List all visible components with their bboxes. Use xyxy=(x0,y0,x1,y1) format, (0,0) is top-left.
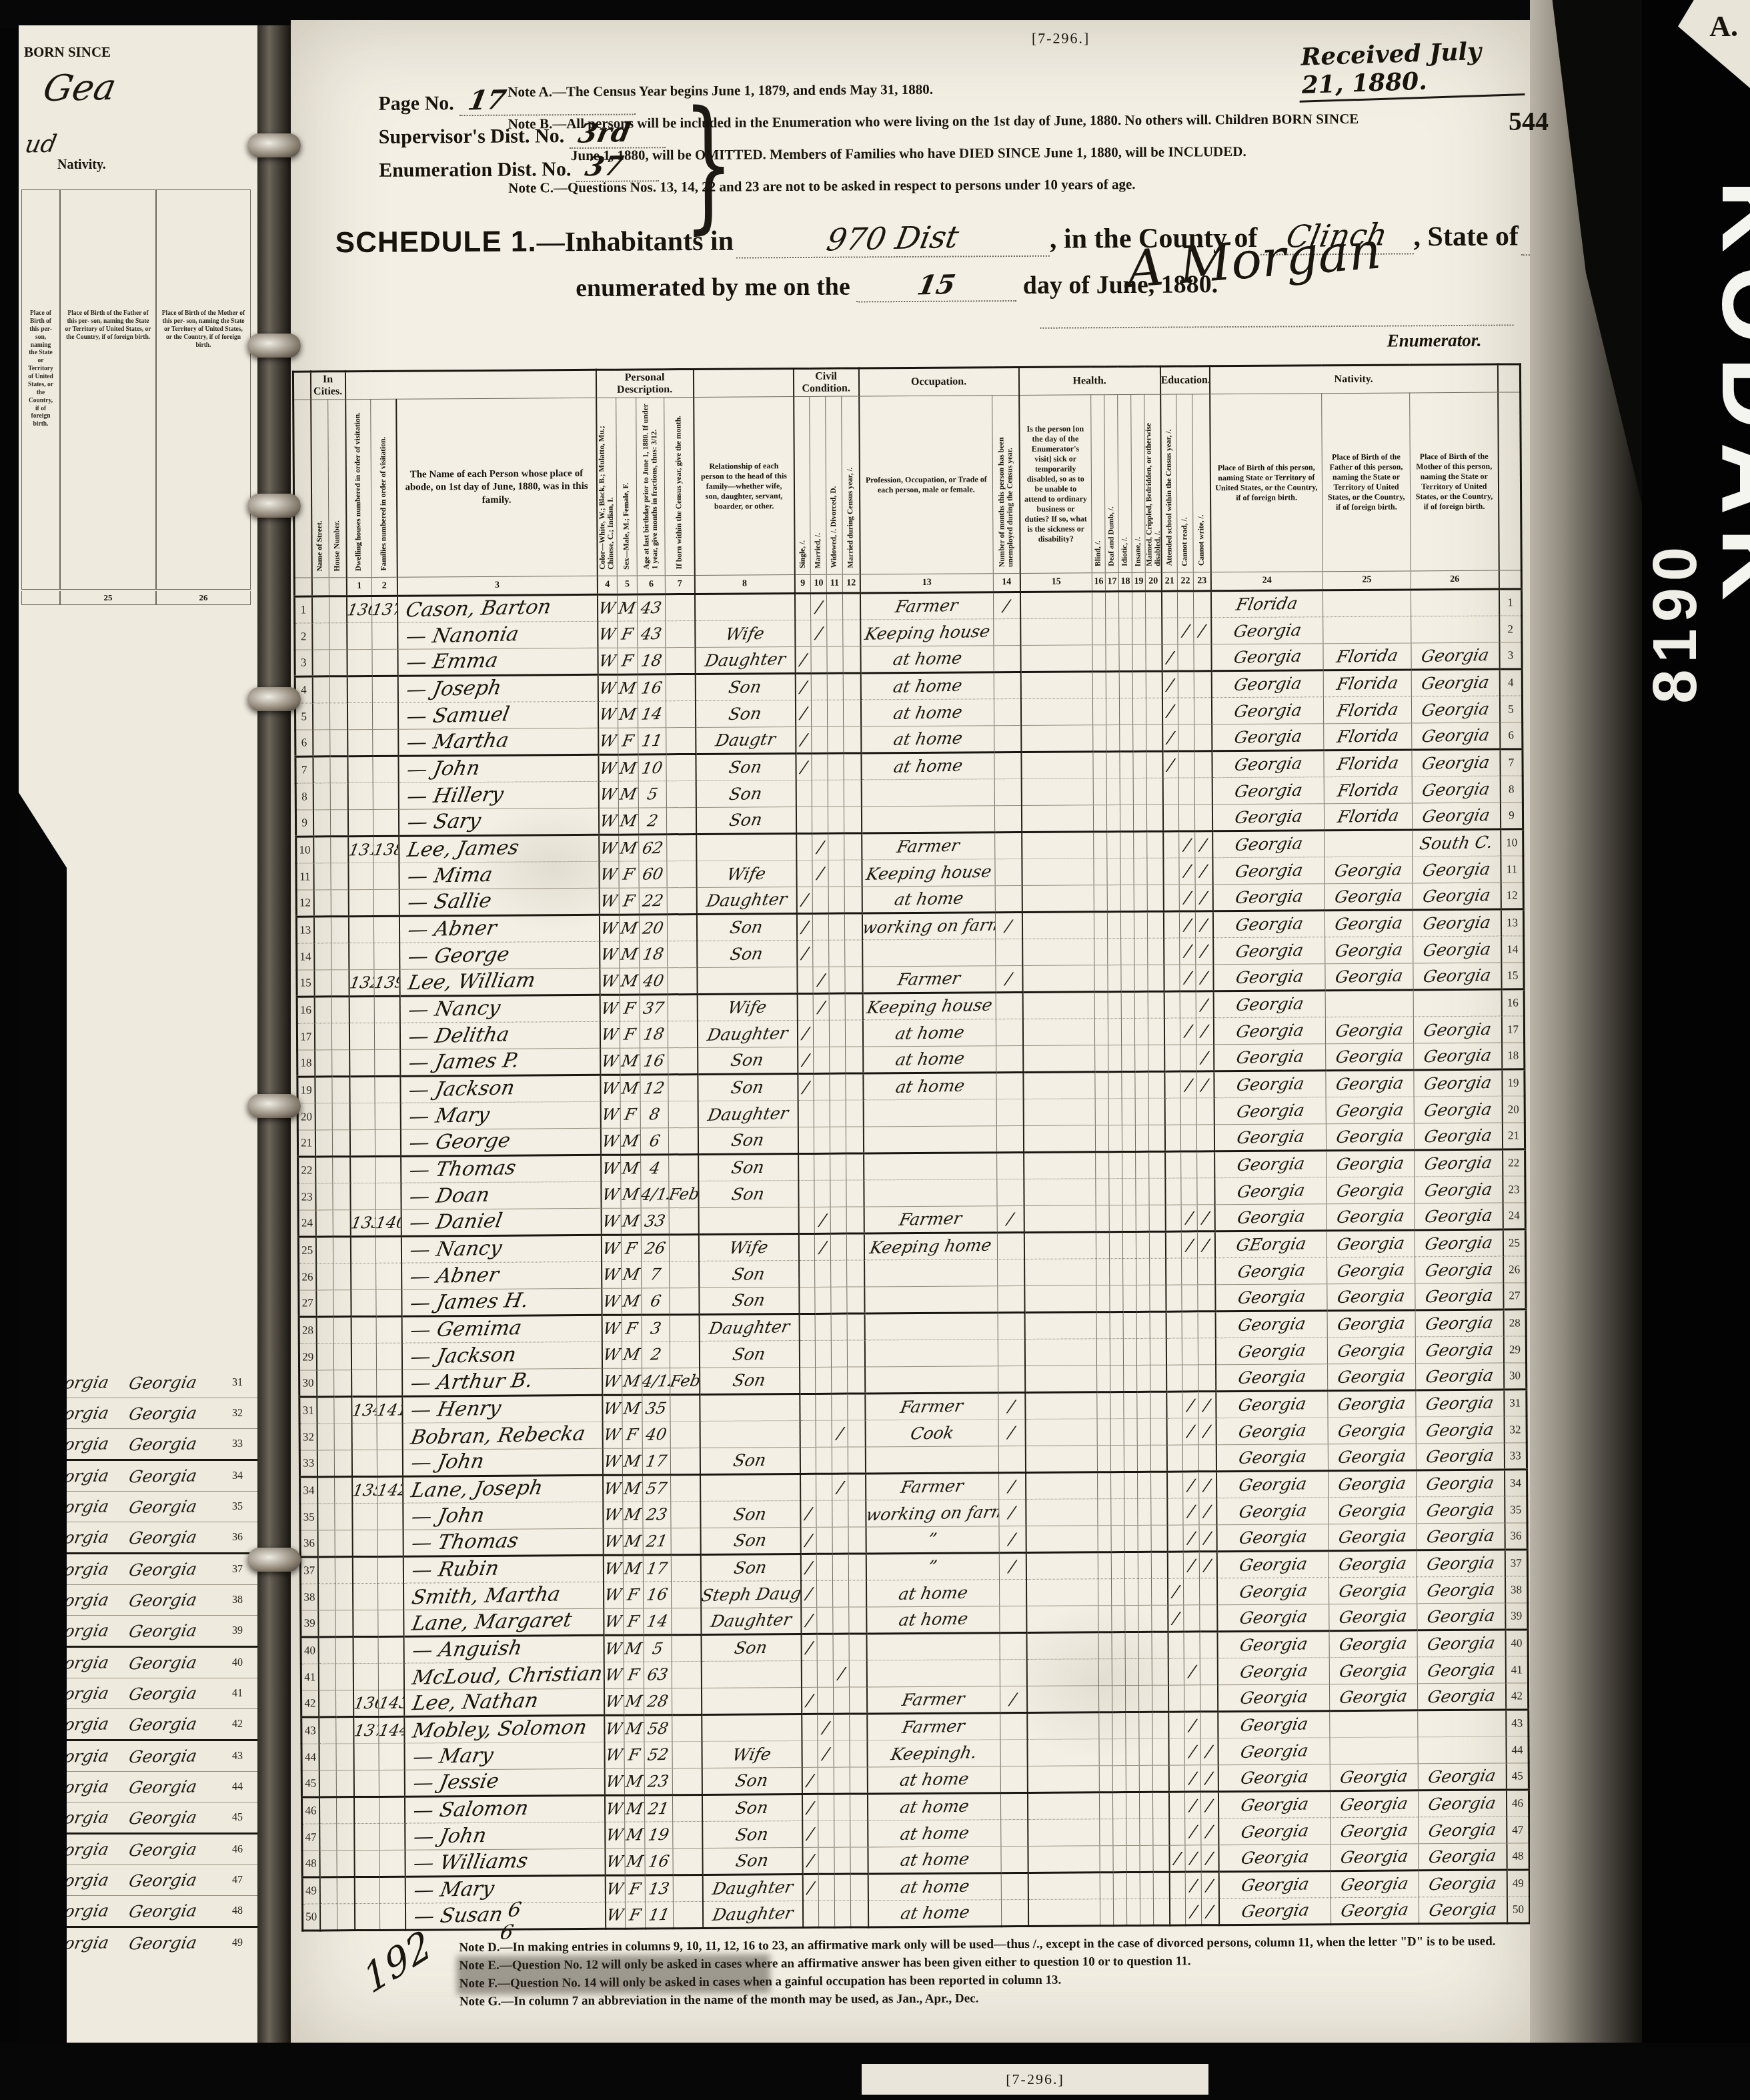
cell-house xyxy=(331,1023,349,1050)
cell-street xyxy=(315,1077,332,1103)
column-number-26: 26 xyxy=(1411,570,1499,590)
handwriting: Farmer xyxy=(901,1718,966,1736)
cell-street xyxy=(319,1824,337,1851)
cell-c: W xyxy=(598,621,618,648)
cell-mb: Georgia xyxy=(1413,803,1501,830)
cell-a: 17 xyxy=(643,1555,671,1582)
cell-b: Georgia xyxy=(1211,670,1323,698)
cell-a: 43 xyxy=(638,594,666,621)
cell-fam: 143 xyxy=(379,1690,404,1716)
row-number: 22 xyxy=(298,1157,315,1183)
cell-u xyxy=(998,1339,1024,1366)
cell-occ: at home xyxy=(861,726,994,753)
cell-name: — Anguish xyxy=(403,1635,604,1663)
column-number-19: 19 xyxy=(1132,572,1145,591)
handwriting: / xyxy=(1184,969,1192,985)
cell-s: / xyxy=(802,1847,818,1874)
cell-b20 xyxy=(1151,1525,1167,1552)
cell-y xyxy=(846,1127,863,1153)
cell-sc xyxy=(1162,618,1178,644)
handwriting: / xyxy=(1189,1850,1198,1866)
cell-mb: Georgia xyxy=(1415,1149,1503,1177)
handwriting: / xyxy=(1204,1557,1212,1573)
cell-b17 xyxy=(1110,1339,1123,1366)
cell-w xyxy=(830,1180,846,1207)
cell-sk xyxy=(1020,645,1092,672)
cell-rel: Son xyxy=(696,807,796,835)
column-number-house xyxy=(329,578,346,596)
cell-b18 xyxy=(1122,1045,1135,1071)
previous-page-row: GeorgiaGeorgia34 xyxy=(41,1459,257,1491)
cell-name: — Salomon xyxy=(404,1795,604,1823)
cell-b17 xyxy=(1112,1659,1125,1686)
cell-c: W xyxy=(600,941,620,968)
cell-b19 xyxy=(1132,671,1146,698)
cell-a: 12 xyxy=(640,1075,668,1101)
cell-street xyxy=(316,1317,333,1344)
column-number-5: 5 xyxy=(617,576,637,594)
cell-b20 xyxy=(1146,724,1162,751)
cell-sk xyxy=(1024,1205,1096,1233)
cell-mo xyxy=(672,1581,701,1608)
cell-house xyxy=(334,1450,351,1477)
row-number: 15 xyxy=(297,970,314,997)
cell-a: 26 xyxy=(641,1235,669,1261)
cell-b19 xyxy=(1135,1045,1148,1071)
handwriting: Florida xyxy=(1336,700,1400,718)
handwriting: 52 xyxy=(647,1746,670,1763)
cell-fb: Georgia xyxy=(1328,1417,1416,1444)
handwriting: Georgia xyxy=(1421,807,1492,825)
cell-sk xyxy=(1024,1232,1096,1259)
cell-fb: Georgia xyxy=(1327,1203,1415,1231)
cell-dw xyxy=(347,676,372,702)
cell-rel: Son xyxy=(699,1261,799,1288)
cell-b: Georgia xyxy=(1212,804,1325,831)
column-group-Nativity.: Nativity. xyxy=(1210,364,1498,394)
handwriting: M xyxy=(618,706,638,722)
cell-b18 xyxy=(1123,1258,1136,1285)
cell-sk xyxy=(1022,885,1094,913)
cell-fb: Georgia xyxy=(1327,1337,1415,1364)
handwriting: Georgia xyxy=(1233,755,1304,773)
handwriting: W xyxy=(602,1240,621,1257)
cell-fb: Georgia xyxy=(1325,910,1413,937)
cell-name: Mobley, Solomon xyxy=(404,1715,604,1743)
handwriting: 18 xyxy=(642,1026,666,1043)
cell-mb: Georgia xyxy=(1415,1229,1503,1257)
cell-occ: at home xyxy=(868,1900,1002,1927)
handwriting: / xyxy=(1203,1503,1212,1519)
cell-cr xyxy=(1178,778,1194,805)
cell-fb: Georgia xyxy=(1329,1470,1417,1498)
handwriting: W xyxy=(604,1560,623,1577)
column-header-11: Widowed, /. Divorced, D. xyxy=(826,396,843,574)
cell-cr: / xyxy=(1182,1418,1198,1445)
cell-occ: Farmer xyxy=(867,1713,1000,1740)
cell-b: Georgia xyxy=(1218,1791,1331,1818)
cell-b18 xyxy=(1126,1765,1139,1792)
cell-name: — Daniel xyxy=(401,1208,601,1236)
received-stamp: Received July 21, 1880. xyxy=(1298,36,1525,103)
cell-b20 xyxy=(1146,751,1162,778)
cell-s xyxy=(798,1153,814,1180)
cell-b19 xyxy=(1134,1018,1148,1045)
cell-cw: / xyxy=(1200,1738,1218,1765)
previous-page-row: GeorgiaGeorgia42 xyxy=(41,1708,257,1739)
cell-b16 xyxy=(1094,885,1107,912)
cell-b20 xyxy=(1154,1899,1170,1925)
cell-c: W xyxy=(604,1662,624,1688)
cell-b17 xyxy=(1109,1232,1122,1259)
cell-b17 xyxy=(1112,1632,1125,1659)
cell-house xyxy=(331,837,348,863)
cell-sc xyxy=(1168,1765,1184,1792)
cell-y xyxy=(845,1020,862,1047)
cell-b: Georgia xyxy=(1215,1338,1327,1365)
cell-street xyxy=(315,1130,332,1157)
cell-street xyxy=(316,1290,333,1317)
cell-c: W xyxy=(600,1021,620,1048)
cell-b19 xyxy=(1140,1792,1153,1818)
cell-mb: Georgia xyxy=(1419,1790,1507,1817)
cell-b18 xyxy=(1123,1338,1136,1365)
handwriting: Georgia xyxy=(1337,1341,1407,1359)
handwriting: Cook xyxy=(909,1424,955,1442)
cell-cr: / xyxy=(1182,1392,1198,1418)
cell-b16 xyxy=(1094,832,1107,859)
cell-mb: Georgia xyxy=(1419,1843,1507,1871)
handwriting: 5 xyxy=(646,786,659,802)
previous-page-row: GeorgiaGeorgia39 xyxy=(41,1615,257,1646)
handwriting: Georgia xyxy=(1335,1075,1405,1093)
cell-cr: / xyxy=(1183,1498,1199,1525)
cell-mb: Georgia xyxy=(1415,1309,1503,1337)
handwriting: / xyxy=(1200,997,1209,1013)
row-number: 27 xyxy=(1503,1283,1526,1309)
cell-c: W xyxy=(605,1875,625,1902)
cell-b18 xyxy=(1119,644,1132,671)
cell-occ xyxy=(864,1153,997,1180)
handwriting: Son xyxy=(729,919,764,936)
cell-dw xyxy=(350,1236,375,1263)
cell-house xyxy=(330,730,347,756)
cell-s: / xyxy=(795,673,811,700)
cell-b19 xyxy=(1137,1365,1150,1392)
cell-cr: / xyxy=(1186,1899,1202,1925)
handwriting: / xyxy=(815,625,824,641)
cell-c: W xyxy=(603,1502,623,1528)
cell-mo xyxy=(670,1448,700,1474)
handwriting: — James H. xyxy=(408,1291,530,1314)
handwriting: — Nancy xyxy=(406,999,502,1021)
cell-street xyxy=(315,1103,332,1130)
cell-fam xyxy=(379,1796,404,1823)
cell-fam: 137 xyxy=(371,596,397,622)
cell-fam xyxy=(377,1556,403,1583)
cell-b18 xyxy=(1124,1472,1138,1498)
cell-b17 xyxy=(1107,885,1120,912)
cell-sk xyxy=(1021,698,1093,726)
handwriting: / xyxy=(800,731,808,747)
cell-b: Georgia xyxy=(1213,964,1325,991)
cell-b20 xyxy=(1146,591,1162,618)
cell-b18 xyxy=(1120,805,1134,831)
cell-c: W xyxy=(602,1261,622,1288)
cell-w xyxy=(829,967,845,993)
row-number: 36 xyxy=(1505,1523,1527,1550)
cell-name: — John xyxy=(405,1822,605,1850)
cell-house xyxy=(336,1797,353,1824)
handwriting: / xyxy=(1204,1530,1212,1546)
cell-occ: at home xyxy=(867,1766,1000,1794)
handwriting: / xyxy=(1008,1558,1017,1574)
cell-b16 xyxy=(1099,1739,1112,1766)
cell-b: Georgia xyxy=(1215,1284,1327,1311)
cell-name: McLoud, Christian xyxy=(403,1662,604,1690)
handwriting: Georgia xyxy=(1337,1501,1408,1519)
cell-rel: Son xyxy=(701,1634,801,1662)
row-number: 48 xyxy=(1507,1843,1529,1870)
cell-cw: / xyxy=(1196,938,1213,965)
cell-rel: Daughter xyxy=(695,647,795,674)
handwriting: Georgia xyxy=(1235,1128,1306,1146)
cell-sk xyxy=(1020,672,1092,699)
handwriting: Daugtr xyxy=(714,730,777,748)
handwriting: 18 xyxy=(640,652,664,668)
column-header-19: Insane, /. xyxy=(1131,394,1146,572)
cell-house xyxy=(332,1077,349,1103)
handwriting: / xyxy=(1008,1424,1016,1440)
cell-mb: Georgia xyxy=(1416,1416,1504,1444)
cell-a: 16 xyxy=(638,674,666,701)
handwriting: at home xyxy=(899,1904,971,1922)
supervisor-district-value: 3rd xyxy=(578,133,630,134)
cell-b: Georgia xyxy=(1214,1124,1326,1151)
cell-cw xyxy=(1194,698,1212,724)
handwriting: Georgia xyxy=(1336,1261,1407,1279)
handwriting: W xyxy=(602,1266,621,1283)
cell-u: / xyxy=(999,1472,1026,1499)
cell-cr: / xyxy=(1180,938,1196,965)
cell-b18 xyxy=(1119,618,1132,644)
cell-mo xyxy=(668,1021,697,1047)
cell-sc: / xyxy=(1168,1605,1184,1632)
handwriting: / xyxy=(1183,837,1192,853)
cell-dw xyxy=(348,916,373,943)
handwriting: / xyxy=(1166,676,1174,692)
cell-mo xyxy=(672,1768,702,1794)
cell-x: F xyxy=(619,888,639,915)
cell-b17 xyxy=(1110,1366,1124,1392)
cell-b16 xyxy=(1096,1312,1110,1339)
handwriting: Keepingh. xyxy=(890,1744,978,1762)
cell-c: W xyxy=(601,1235,621,1261)
handwriting: / xyxy=(1199,837,1208,853)
column-number-18: 18 xyxy=(1118,572,1132,591)
cell-c: W xyxy=(598,781,618,808)
cell-u: / xyxy=(999,1552,1026,1579)
previous-page-row: GeorgiaGeorgia43 xyxy=(41,1739,257,1771)
cell-cw xyxy=(1200,1605,1217,1632)
cell-b20 xyxy=(1147,885,1163,911)
cell-b20 xyxy=(1147,858,1163,885)
row-number: 41 xyxy=(1505,1656,1528,1683)
handwriting: Georgia xyxy=(1237,1502,1308,1520)
cell-y xyxy=(844,887,862,913)
cell-b19 xyxy=(1134,911,1148,938)
row-number: 34 xyxy=(216,1470,243,1482)
cell-fam xyxy=(375,1076,400,1103)
cell-occ xyxy=(866,1633,1000,1660)
cell-w xyxy=(828,913,844,940)
cell-mb: Georgia xyxy=(1413,963,1501,990)
cell-house xyxy=(337,1904,354,1931)
handwriting: / xyxy=(1009,1690,1018,1706)
cell-b16 xyxy=(1096,1259,1110,1285)
cell-cw: / xyxy=(1199,1525,1216,1552)
cell-b16 xyxy=(1097,1366,1110,1392)
cell-s xyxy=(797,967,813,993)
cell-b: GEorgia xyxy=(1214,1231,1327,1258)
cell-street xyxy=(312,676,329,703)
handwriting: / xyxy=(1189,1823,1198,1839)
cell-fam xyxy=(379,1877,405,1903)
cell-m xyxy=(814,1153,830,1180)
cell-cr: / xyxy=(1181,1205,1197,1231)
cell-m xyxy=(812,780,828,807)
mother-birthplace: Georgia xyxy=(127,1683,218,1704)
cell-rel: Daughter xyxy=(703,1901,803,1929)
row-number: 29 xyxy=(1503,1336,1526,1363)
cell-b18 xyxy=(1124,1525,1138,1552)
cell-b: Georgia xyxy=(1212,750,1324,778)
cell-b: Georgia xyxy=(1214,1017,1326,1045)
cell-b: Georgia xyxy=(1218,1845,1331,1872)
cell-b17 xyxy=(1106,725,1120,752)
handwriting: Georgia xyxy=(1238,1555,1308,1573)
cell-a: 23 xyxy=(644,1768,672,1795)
handwriting: M xyxy=(619,786,638,803)
binder-rod xyxy=(257,25,291,2043)
film-code-text: 8190 xyxy=(1642,540,1711,704)
cell-cr xyxy=(1181,1151,1197,1178)
cell-b16 xyxy=(1094,805,1107,832)
cell-a: 16 xyxy=(640,1048,668,1075)
handwriting: / xyxy=(1172,1610,1180,1626)
cell-cr xyxy=(1182,1285,1198,1311)
column-group-blank xyxy=(1498,364,1521,392)
handwriting: Florida xyxy=(1336,754,1400,772)
cell-m xyxy=(816,1447,832,1474)
handwriting: / xyxy=(804,1532,813,1548)
cell-w xyxy=(827,646,843,673)
edge-shadow xyxy=(1530,0,1642,2100)
handwriting: 130 xyxy=(346,601,371,618)
handwriting: / xyxy=(806,1826,815,1842)
handwriting: Georgia xyxy=(1427,1820,1498,1839)
cell-dw xyxy=(353,1663,378,1690)
cell-b: Georgia xyxy=(1216,1364,1328,1392)
cell-b18 xyxy=(1126,1792,1140,1818)
handwriting: / xyxy=(1200,1023,1209,1039)
state-label: , State of xyxy=(1413,221,1519,252)
cell-c: W xyxy=(599,861,619,888)
cell-cr xyxy=(1182,1338,1198,1365)
cell-cw xyxy=(1200,1685,1218,1712)
cell-c: W xyxy=(604,1688,624,1715)
cell-w xyxy=(828,833,844,860)
cell-b18 xyxy=(1126,1712,1139,1738)
cell-rel xyxy=(698,1207,798,1235)
handwriting: Georgia xyxy=(1340,1901,1411,1919)
cell-b18 xyxy=(1126,1845,1140,1872)
handwriting: Georgia xyxy=(1427,1847,1498,1865)
handwriting: — Emma xyxy=(404,651,499,673)
previous-page-rows: GeorgiaGeorgia31GeorgiaGeorgia32GeorgiaG… xyxy=(41,1368,257,1958)
cell-sk xyxy=(1024,1179,1096,1206)
cell-u xyxy=(997,1179,1024,1205)
handwriting: — Jackson xyxy=(408,1345,517,1368)
handwriting: W xyxy=(604,1720,624,1737)
cell-name: — George xyxy=(399,941,600,969)
cell-y xyxy=(849,1660,866,1687)
cell-y xyxy=(848,1527,866,1554)
cell-x: M xyxy=(618,701,638,728)
cell-sk xyxy=(1022,859,1094,886)
cell-b18 xyxy=(1122,1178,1136,1205)
handwriting: 23 xyxy=(647,1772,670,1789)
cell-a: 20 xyxy=(639,915,667,941)
cell-house xyxy=(334,1370,351,1397)
cell-s: / xyxy=(796,726,812,753)
cell-cw: / xyxy=(1198,1392,1216,1418)
handwriting: 12 xyxy=(642,1079,666,1096)
cell-b20 xyxy=(1149,1178,1165,1205)
handwriting: Georgia xyxy=(1333,861,1404,879)
handwriting: Steph Daug xyxy=(701,1584,801,1604)
cell-sc: / xyxy=(1168,1578,1184,1605)
cell-a: 6 xyxy=(640,1128,668,1155)
handwriting: Georgia xyxy=(1422,914,1493,932)
cell-mo xyxy=(672,1661,701,1688)
mother-birthplace: Georgia xyxy=(127,1746,218,1766)
cell-x: M xyxy=(624,1688,644,1715)
cell-mb: Georgia xyxy=(1415,1176,1503,1203)
handwriting: W xyxy=(604,1613,624,1630)
handwriting: W xyxy=(598,600,617,616)
cell-street xyxy=(319,1770,336,1797)
cell-mb: Georgia xyxy=(1417,1603,1505,1630)
binder-ring xyxy=(247,687,301,711)
cell-s: / xyxy=(802,1874,818,1901)
previous-page-edge: BORN SINCE Gea ud Nativity. Place of Bir… xyxy=(19,25,257,2043)
handwriting: 43 xyxy=(640,599,663,616)
cell-b17 xyxy=(1113,1792,1126,1819)
handwriting: at home xyxy=(892,730,964,748)
cell-b16 xyxy=(1098,1526,1111,1552)
cell-a: 18 xyxy=(640,941,668,968)
cell-x: M xyxy=(620,1048,640,1075)
cell-a: 7 xyxy=(642,1261,670,1288)
cell-fb: Georgia xyxy=(1329,1604,1417,1631)
cell-b16 xyxy=(1098,1606,1112,1632)
cell-w xyxy=(831,1340,847,1367)
cell-sc xyxy=(1167,1498,1183,1525)
handwriting: 143 xyxy=(379,1694,404,1711)
handwriting: Georgia xyxy=(1235,1181,1306,1199)
previous-page-column-numbers: 25 26 xyxy=(21,591,251,605)
